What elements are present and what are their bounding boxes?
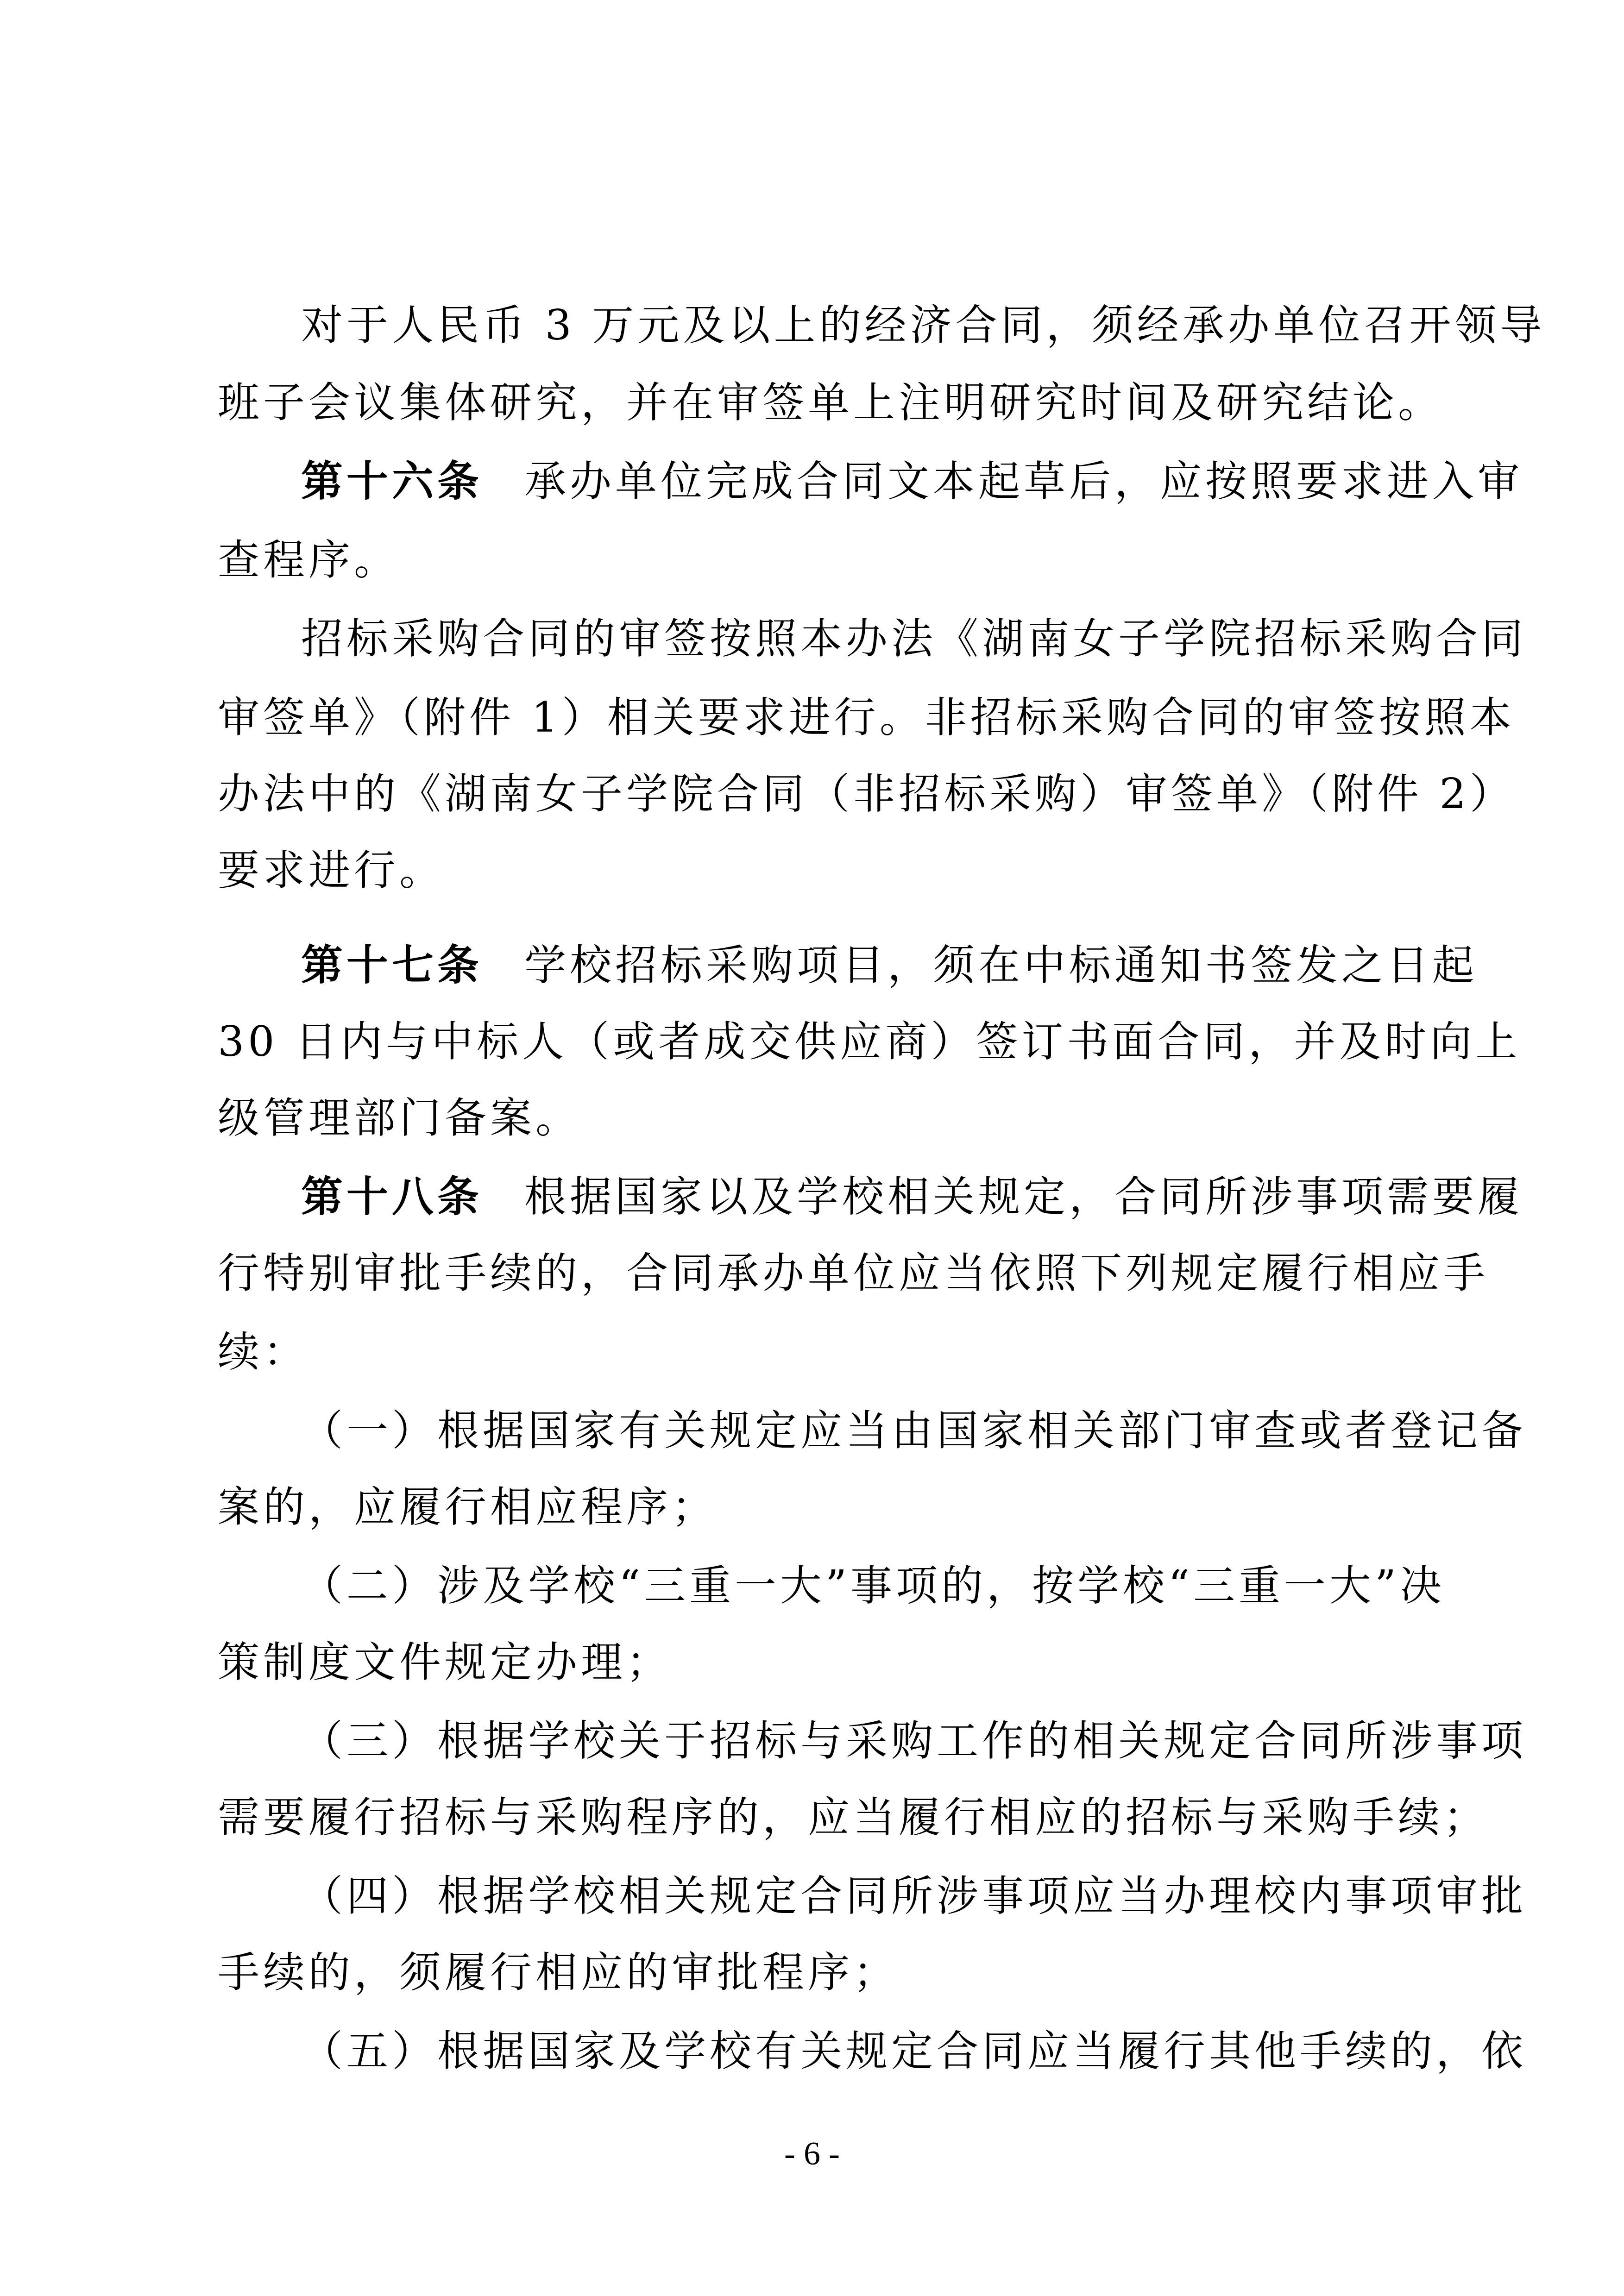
paragraph-line: 30 日内与中标人（或者成交供应商）签订书面合同，并及时向上	[218, 1019, 1422, 1065]
article-label: 第十七条	[301, 941, 483, 990]
list-item-line: （二）涉及学校“三重一大”事项的，按学校“三重一大”决	[301, 1563, 1505, 1609]
paragraph-line: 办法中的《湖南女子学院合同（非招标采购）审签单》（附件 2）	[218, 771, 1422, 817]
paragraph-line: 招标采购合同的审签按照本办法《湖南女子学院招标采购合同	[301, 616, 1505, 662]
page-number: - 6 -	[0, 2135, 1624, 2172]
list-item-line: （五）根据国家及学校有关规定合同应当履行其他手续的，依	[301, 2028, 1505, 2075]
list-item-line: （三）根据学校关于招标与采购工作的相关规定合同所涉事项	[301, 1718, 1505, 1764]
paragraph-line: 查程序。	[218, 537, 1422, 583]
article-label: 第十八条	[301, 1173, 483, 1221]
list-item-line: 需要履行招标与采购程序的，应当履行相应的招标与采购手续；	[218, 1794, 1422, 1841]
paragraph-line: 对于人民币 3 万元及以上的经济合同，须经承办单位召开领导	[301, 302, 1505, 349]
article-text: 根据国家以及学校相关规定，合同所涉事项需要履	[524, 1173, 1523, 1221]
article-17-line: 第十七条学校招标采购项目，须在中标通知书签发之日起	[301, 942, 1505, 989]
list-item-line: 策制度文件规定办理；	[218, 1639, 1422, 1686]
article-text: 承办单位完成合同文本起草后，应按照要求进入审	[524, 457, 1523, 506]
list-item-line: （四）根据学校相关规定合同所涉事项应当办理校内事项审批	[301, 1873, 1505, 1920]
article-text: 学校招标采购项目，须在中标通知书签发之日起	[524, 941, 1478, 990]
list-item-line: （一）根据国家有关规定应当由国家相关部门审查或者登记备	[301, 1408, 1505, 1454]
paragraph-line: 班子会议集体研究，并在审签单上注明研究时间及研究结论。	[218, 380, 1422, 426]
article-18-line: 第十八条根据国家以及学校相关规定，合同所涉事项需要履	[301, 1174, 1505, 1220]
paragraph-line: 要求进行。	[218, 847, 1422, 894]
article-label: 第十六条	[301, 457, 483, 506]
article-16-line: 第十六条承办单位完成合同文本起草后，应按照要求进入审	[301, 458, 1505, 505]
paragraph-line: 续：	[218, 1329, 1422, 1375]
list-item-line: 案的，应履行相应程序；	[218, 1484, 1422, 1531]
paragraph-line: 审签单》（附件 1）相关要求进行。非招标采购合同的审签按照本	[218, 695, 1422, 741]
paragraph-line: 行特别审批手续的，合同承办单位应当依照下列规定履行相应手	[218, 1250, 1422, 1297]
list-item-line: 手续的，须履行相应的审批程序；	[218, 1950, 1422, 1996]
document-page: 对于人民币 3 万元及以上的经济合同，须经承办单位召开领导 班子会议集体研究，并…	[0, 0, 1624, 2296]
paragraph-line: 级管理部门备案。	[218, 1095, 1422, 1142]
